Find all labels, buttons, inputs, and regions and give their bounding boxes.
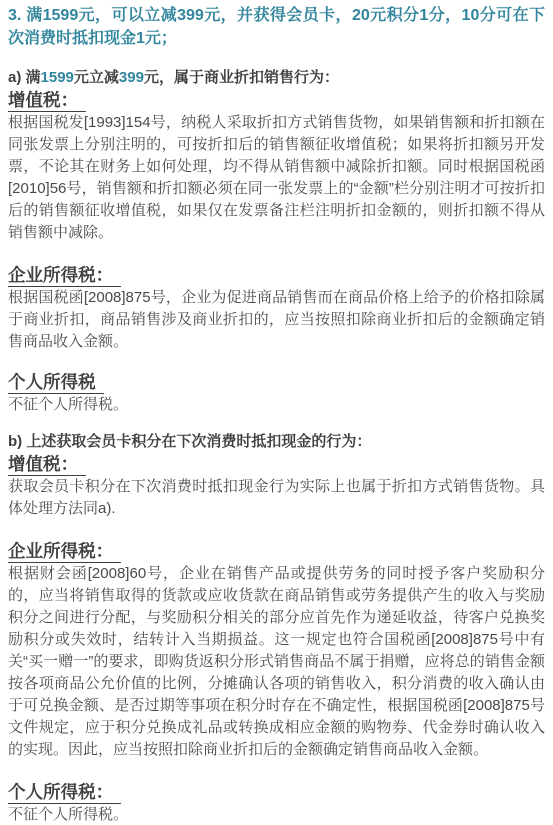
corporate-tax-paragraph-a: 根据国税函[2008]875号，企业为促进商品销售而在商品价格上给予的价格扣除属…: [8, 287, 545, 353]
section-a: a) 满1599元立减399元，属于商业折扣销售行为： 增值税： 根据国税发[1…: [8, 66, 545, 416]
vat-label-a-text: 增值税：: [8, 89, 86, 112]
document-page: 3. 满1599元，可以立减399元，并获得会员卡，20元积分1分，10分可在下…: [0, 0, 553, 825]
section-a-heading-segment: 元立减: [74, 69, 119, 86]
personal-tax-label-b-text: 个人所得税：: [8, 781, 121, 804]
section-a-heading-amount: 1599: [41, 69, 74, 86]
corporate-tax-label-b: 企业所得税：: [8, 540, 545, 563]
personal-tax-paragraph-b: 不征个人所得税。: [8, 804, 545, 825]
section-b: b) 上述获取会员卡积分在下次消费时抵扣现金的行为： 增值税： 获取会员卡积分在…: [8, 430, 545, 825]
section-a-heading-amount: 399: [119, 69, 144, 86]
personal-tax-label-b: 个人所得税：: [8, 781, 545, 804]
corporate-tax-label-a: 企业所得税：: [8, 264, 545, 287]
section-b-heading: b) 上述获取会员卡积分在下次消费时抵扣现金的行为：: [8, 430, 545, 453]
vat-paragraph-a: 根据国税发[1993]154号，纳税人采取折扣方式销售货物，如果销售额和折扣额在…: [8, 112, 545, 244]
vat-label-b: 增值税：: [8, 453, 545, 476]
personal-tax-label-a: 个人所得税: [8, 371, 545, 394]
vat-label-b-text: 增值税：: [8, 453, 86, 476]
corporate-tax-paragraph-b: 根据财会函[2008]60号，企业在销售产品或提供劳务的同时授予客户奖励积分的，…: [8, 563, 545, 761]
corporate-tax-label-a-text: 企业所得税：: [8, 264, 121, 287]
personal-tax-paragraph-a: 不征个人所得税。: [8, 394, 545, 416]
section-a-heading-segment: a) 满: [8, 69, 41, 86]
vat-paragraph-b: 获取会员卡积分在下次消费时抵扣现金行为实际上也属于折扣方式销售货物。具体处理方法…: [8, 476, 545, 520]
vat-label-a: 增值税：: [8, 89, 545, 112]
page-title: 3. 满1599元，可以立减399元，并获得会员卡，20元积分1分，10分可在下…: [8, 4, 545, 50]
personal-tax-label-a-text: 个人所得税: [8, 371, 104, 394]
corporate-tax-label-b-text: 企业所得税：: [8, 540, 121, 563]
section-a-heading-segment: 元，属于商业折扣销售行为：: [144, 69, 339, 86]
section-a-heading: a) 满1599元立减399元，属于商业折扣销售行为：: [8, 66, 545, 89]
